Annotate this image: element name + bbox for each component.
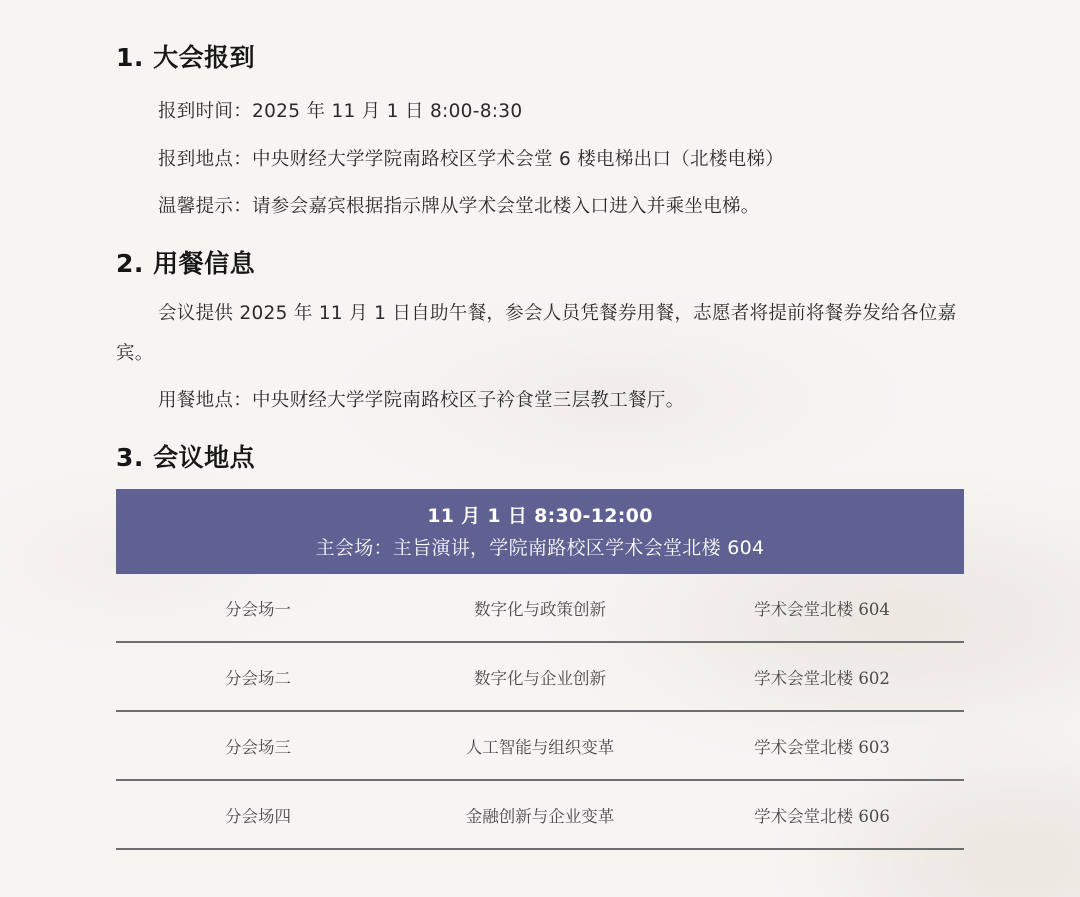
session-name: 分会场二 bbox=[116, 665, 400, 689]
session-location: 学术会堂北楼 606 bbox=[680, 803, 964, 827]
main-venue-info: 主会场：主旨演讲，学院南路校区学术会堂北楼 604 bbox=[116, 535, 964, 561]
dining-location: 用餐地点：中央财经大学学院南路校区子衿食堂三层教工餐厅。 bbox=[116, 386, 966, 412]
table-row: 分会场一 数字化与政策创新 学术会堂北楼 604 bbox=[116, 574, 964, 643]
registration-time: 报到时间：2025 年 11 月 1 日 8:00-8:30 bbox=[116, 97, 966, 123]
session-location: 学术会堂北楼 602 bbox=[680, 665, 964, 689]
session-topic: 人工智能与组织变革 bbox=[400, 734, 680, 758]
registration-location: 报到地点：中央财经大学学院南路校区学术会堂 6 楼电梯出口（北楼电梯） bbox=[116, 145, 966, 171]
session-name: 分会场三 bbox=[116, 734, 400, 758]
venue-table: 11 月 1 日 8:30-12:00 主会场：主旨演讲，学院南路校区学术会堂北… bbox=[116, 489, 964, 850]
section-heading-registration: 1. 大会报到 bbox=[116, 38, 255, 74]
table-row: 分会场二 数字化与企业创新 学术会堂北楼 602 bbox=[116, 643, 964, 712]
section-heading-dining: 2. 用餐信息 bbox=[116, 244, 255, 280]
dining-description: 会议提供 2025 年 11 月 1 日自助午餐，参会人员凭餐券用餐，志愿者将提… bbox=[116, 294, 966, 374]
section-heading-venue: 3. 会议地点 bbox=[116, 438, 255, 474]
session-topic: 数字化与政策创新 bbox=[400, 596, 680, 620]
table-row: 分会场三 人工智能与组织变革 学术会堂北楼 603 bbox=[116, 712, 964, 781]
session-location: 学术会堂北楼 603 bbox=[680, 734, 964, 758]
session-location: 学术会堂北楼 604 bbox=[680, 596, 964, 620]
registration-tip: 温馨提示：请参会嘉宾根据指示牌从学术会堂北楼入口进入并乘坐电梯。 bbox=[116, 192, 966, 218]
session-topic: 数字化与企业创新 bbox=[400, 665, 680, 689]
session-name: 分会场四 bbox=[116, 803, 400, 827]
table-row: 分会场四 金融创新与企业变革 学术会堂北楼 606 bbox=[116, 781, 964, 850]
session-topic: 金融创新与企业变革 bbox=[400, 803, 680, 827]
session-name: 分会场一 bbox=[116, 596, 400, 620]
venue-table-header: 11 月 1 日 8:30-12:00 主会场：主旨演讲，学院南路校区学术会堂北… bbox=[116, 489, 964, 574]
main-session-time: 11 月 1 日 8:30-12:00 bbox=[116, 503, 964, 529]
